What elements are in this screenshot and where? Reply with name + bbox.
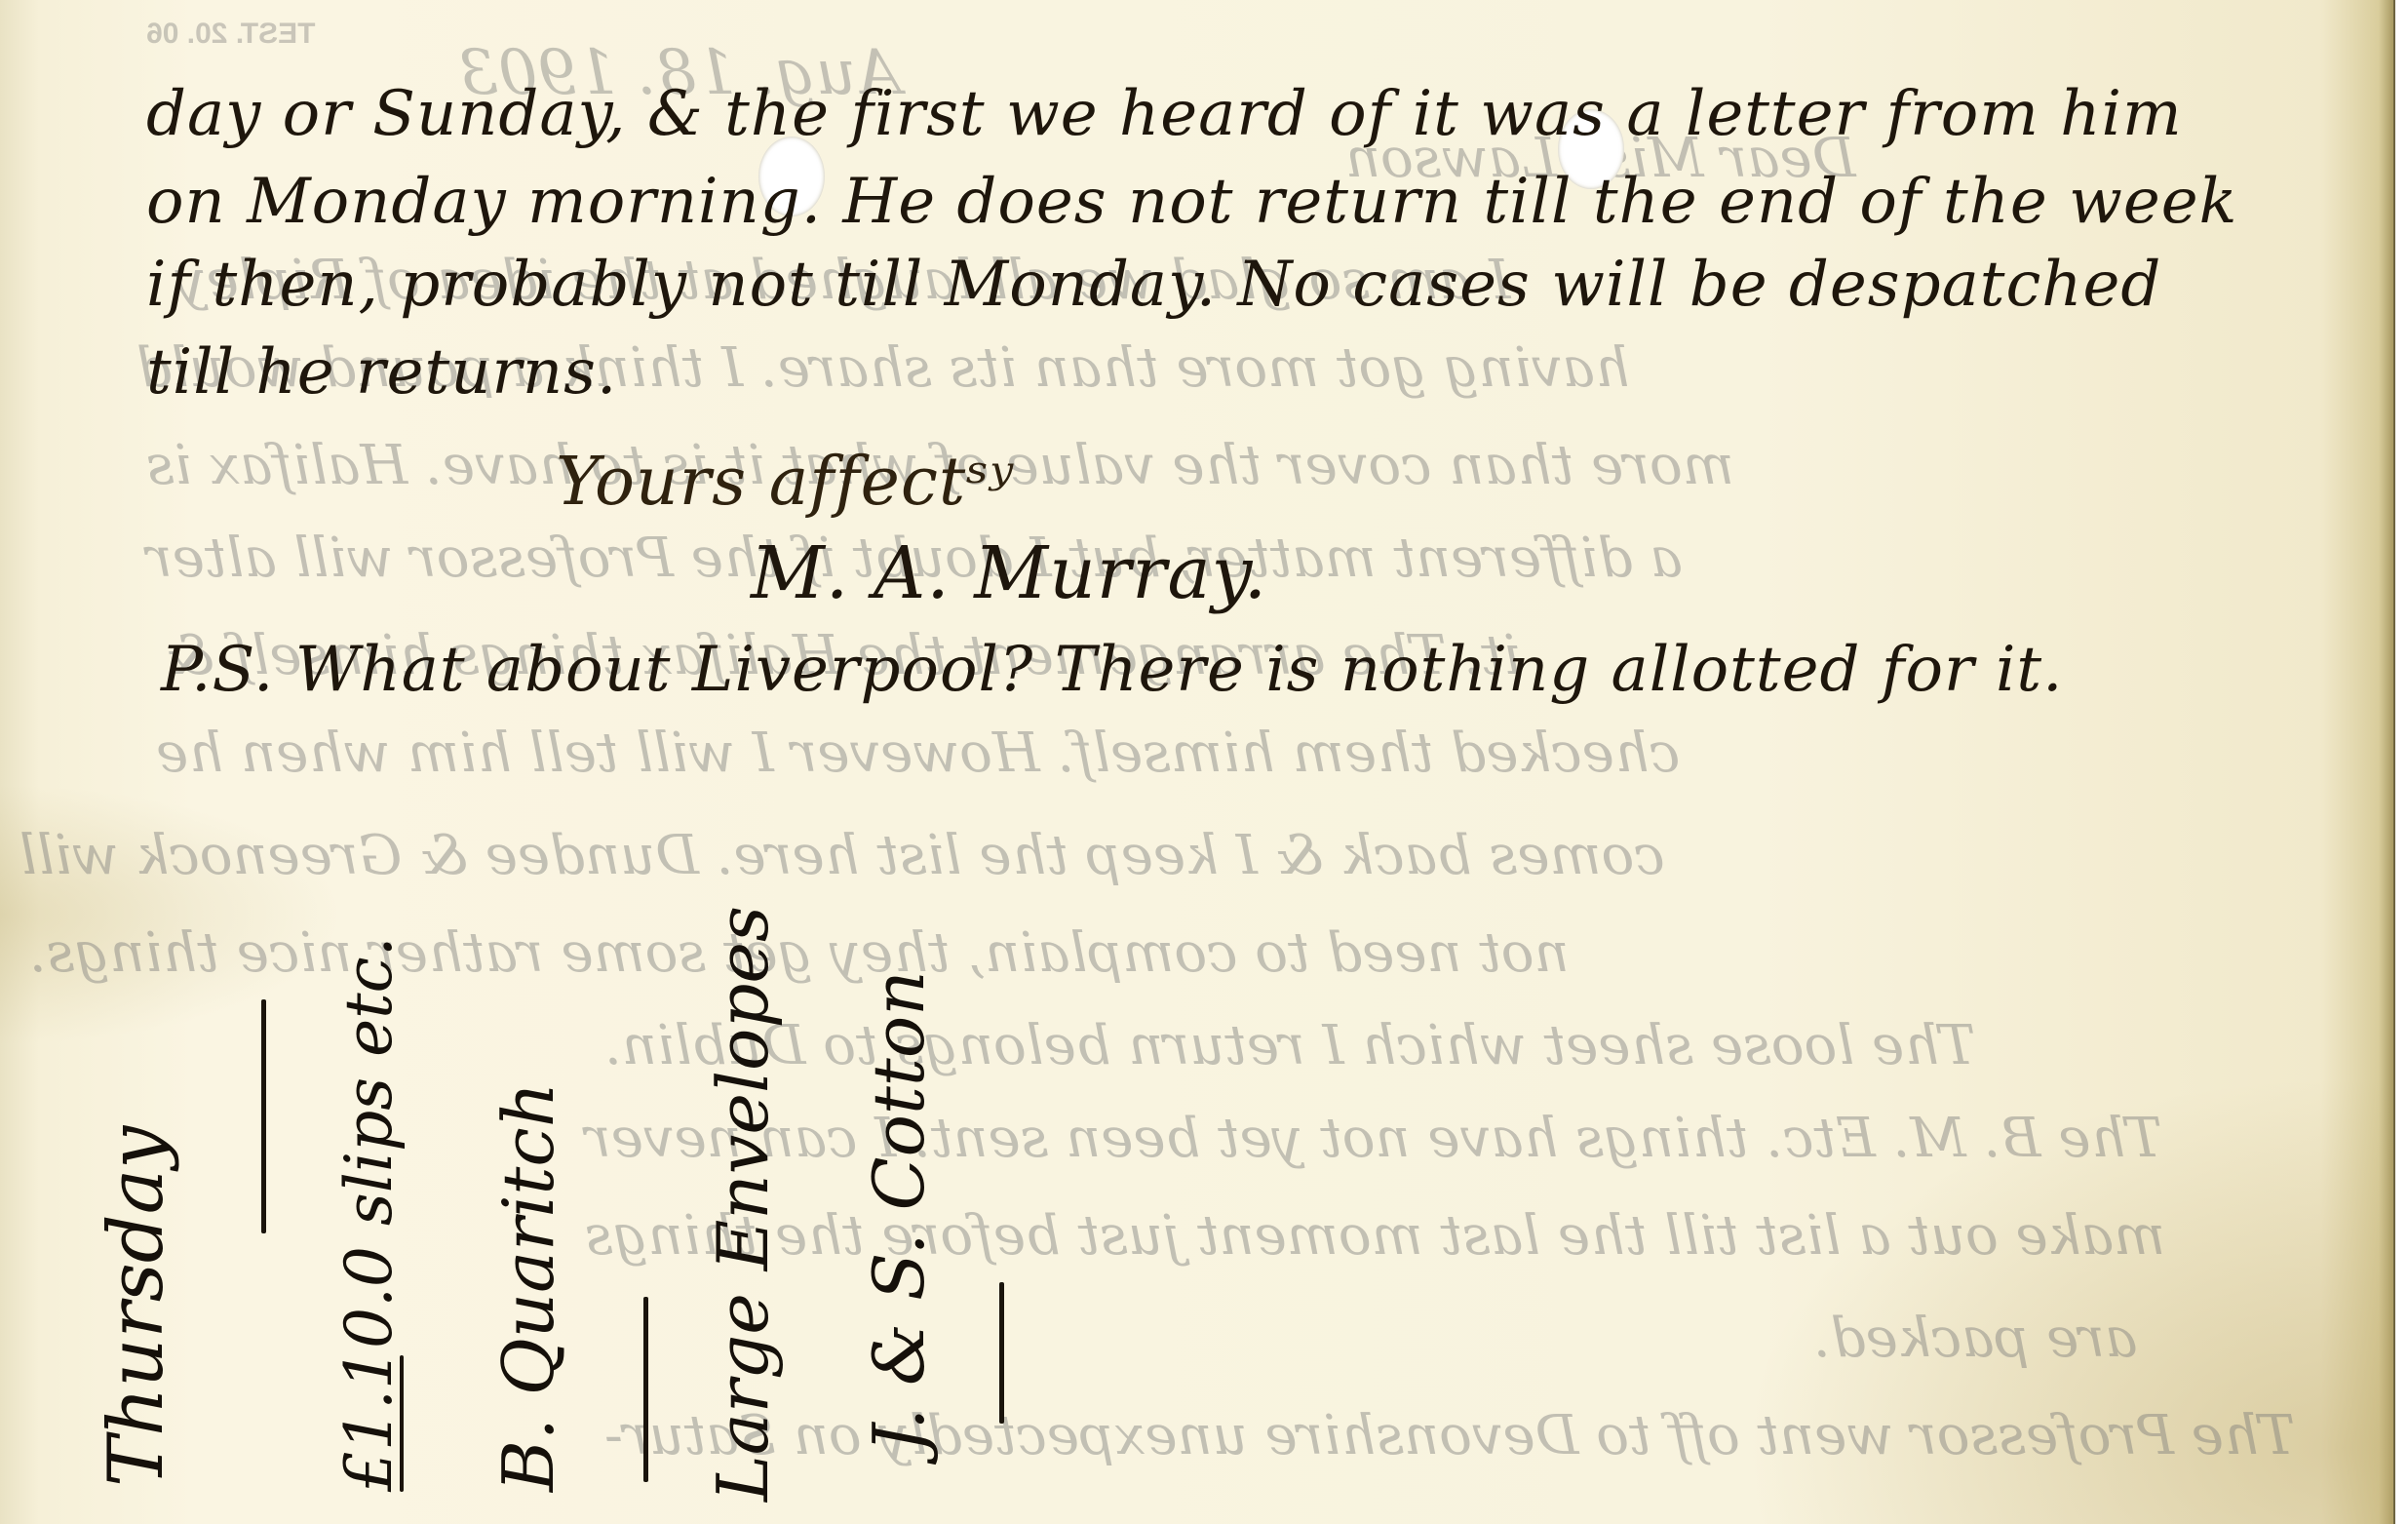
postscript: P.S. What about Liverpool? There is noth… — [161, 634, 2063, 706]
letter-line-3: if then, probably not till Monday. No ca… — [146, 249, 2161, 321]
bleed-through-stamp: TEST. 20. 06 — [146, 18, 315, 51]
bleed-through-line: The loose sheet which I return belongs t… — [604, 1014, 1976, 1077]
bleed-through-line: checked them himself. However I will tel… — [156, 722, 1680, 785]
margin-note-supplier-2: J. & S. Cotton — [858, 970, 940, 1453]
letter-line-2: on Monday morning. He does not return ti… — [146, 166, 2237, 238]
bleed-through-line: comes back & I keep the list here. Dunde… — [19, 824, 1665, 887]
bleed-through-line: The B. M. Etc. things have not yet been … — [585, 1107, 2162, 1170]
margin-divider-line — [400, 1355, 404, 1492]
margin-note-item-2: Large Envelopes — [702, 906, 784, 1502]
margin-divider-line — [643, 1297, 648, 1482]
letter-line-1: day or Sunday, & the first we heard of i… — [146, 78, 2183, 150]
margin-note-supplier-1: B. Quaritch — [487, 1082, 569, 1492]
letter-line-4: till he returns. — [146, 336, 617, 409]
letter-closing: Yours affectˢʸ — [556, 444, 1014, 521]
letter-page: TEST. 20. 06 Aug. 18. 1903 Dear Miss Law… — [0, 0, 2395, 1524]
cost-value: £1.10.0 — [331, 1246, 407, 1492]
margin-note-day: Thursday — [93, 1126, 180, 1487]
margin-divider-line — [999, 1282, 1004, 1424]
cost-description: slips etc. — [331, 936, 407, 1226]
margin-divider-line — [261, 999, 266, 1233]
margin-note-cost: £1.10.0 slips etc. — [331, 936, 407, 1492]
signature: M. A. Murray. — [751, 531, 1267, 615]
bleed-through-line: are packed. — [1813, 1307, 2137, 1370]
bleed-through-line: make out a list till the last moment jus… — [585, 1204, 2165, 1268]
bleed-through-line: not need to complain, they get some rath… — [29, 921, 1570, 985]
